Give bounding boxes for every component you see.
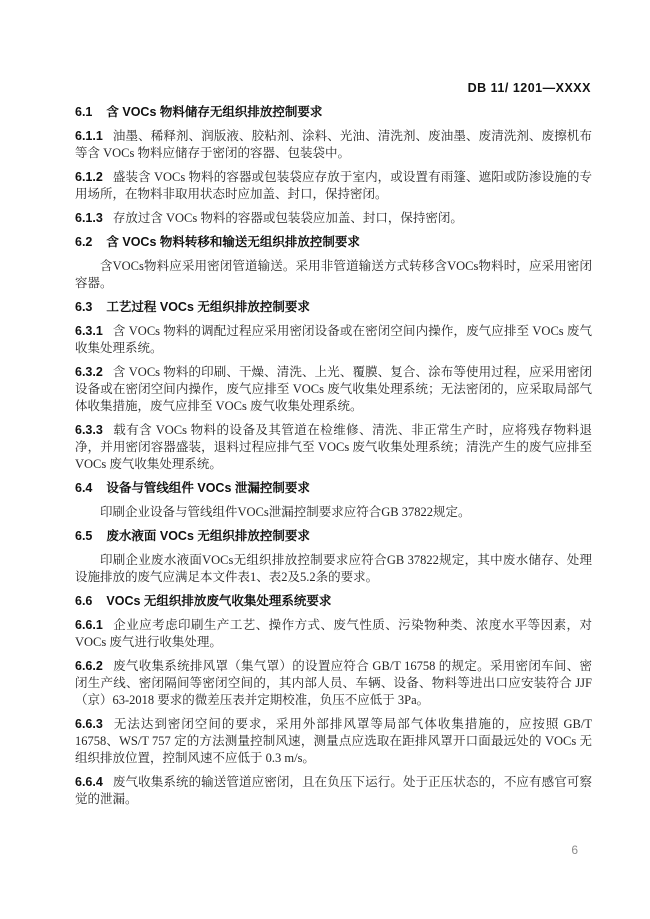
paragraph-text: 含 VOCs 物料的调配过程应采用密闭设备或在密闭空间内操作，废气应排至 VOC…	[75, 324, 592, 355]
section-heading-text: 废水液面 VOCs 无组织排放控制要求	[106, 529, 310, 543]
clause-paragraph: 6.6.3无法达到密闭空间的要求，采用外部排风罩等局部气体收集措施的，应按照 G…	[75, 716, 592, 767]
paragraph-text: 盛装含 VOCs 物料的容器或包装袋应存放于室内，或设置有雨篷、遮阳或防渗设施的…	[75, 170, 592, 201]
clause-number: 6.6.2	[75, 659, 103, 673]
clause-number: 6.1.2	[75, 170, 103, 184]
section-number: 6.5	[75, 529, 92, 543]
section-heading-text: 含 VOCs 物料储存无组织排放控制要求	[106, 105, 322, 119]
body-paragraph: 印刷企业设备与管线组件VOCs泄漏控制要求应符合GB 37822规定。	[75, 504, 592, 521]
section-heading-text: 含 VOCs 物料转移和输送无组织排放控制要求	[106, 235, 360, 249]
clause-paragraph: 6.3.3载有含 VOCs 物料的设备及其管道在检维修、清洗、非正常生产时，应将…	[75, 422, 592, 473]
clause-paragraph: 6.6.1企业应考虑印刷生产工艺、操作方式、废气性质、污染物种类、浓度水平等因素…	[75, 617, 592, 651]
section-number: 6.1	[75, 105, 92, 119]
clause-number: 6.6.4	[75, 775, 103, 789]
clause-paragraph: 6.1.1油墨、稀释剂、润版液、胶粘剂、涂料、光油、清洗剂、废油墨、废清洗剂、废…	[75, 128, 592, 162]
section-heading: 6.1含 VOCs 物料储存无组织排放控制要求	[75, 104, 592, 121]
body-paragraph: 印刷企业废水液面VOCs无组织排放控制要求应符合GB 37822规定，其中废水储…	[75, 552, 592, 586]
paragraph-text: 印刷企业废水液面VOCs无组织排放控制要求应符合GB 37822规定，其中废水储…	[75, 552, 592, 586]
clause-number: 6.1.3	[75, 211, 103, 225]
clause-paragraph: 6.6.2废气收集系统排风罩（集气罩）的设置应符合 GB/T 16758 的规定…	[75, 658, 592, 709]
section-heading-text: VOCs 无组织排放废气收集处理系统要求	[106, 594, 331, 608]
clause-number: 6.3.2	[75, 365, 103, 379]
paragraph-text: 载有含 VOCs 物料的设备及其管道在检维修、清洗、非正常生产时，应将残存物料退…	[75, 423, 592, 471]
paragraph-text: 企业应考虑印刷生产工艺、操作方式、废气性质、污染物种类、浓度水平等因素，对 VO…	[75, 618, 592, 649]
section-heading: 6.2含 VOCs 物料转移和输送无组织排放控制要求	[75, 234, 592, 251]
section-number: 6.4	[75, 481, 92, 495]
document-page: DB 11/ 1201—XXXX 6.1含 VOCs 物料储存无组织排放控制要求…	[0, 0, 650, 919]
paragraph-text: 存放过含 VOCs 物料的容器或包装袋应加盖、封口，保持密闭。	[113, 211, 463, 225]
section-heading-text: 设备与管线组件 VOCs 泄漏控制要求	[106, 481, 310, 495]
standard-number: DB 11/ 1201—XXXX	[468, 81, 591, 95]
page-number: 6	[571, 843, 578, 857]
clause-number: 6.3.1	[75, 324, 103, 338]
section-heading: 6.4设备与管线组件 VOCs 泄漏控制要求	[75, 480, 592, 497]
document-header: DB 11/ 1201—XXXX	[468, 81, 591, 95]
document-content: 6.1含 VOCs 物料储存无组织排放控制要求6.1.1油墨、稀释剂、润版液、胶…	[75, 104, 592, 815]
page-footer: 6	[571, 843, 578, 857]
paragraph-text: 含VOCs物料应采用密闭管道输送。采用非管道输送方式转移含VOCs物料时，应采用…	[75, 258, 592, 292]
section-number: 6.3	[75, 300, 92, 314]
section-number: 6.2	[75, 235, 92, 249]
clause-paragraph: 6.3.2含 VOCs 物料的印刷、干燥、清洗、上光、覆膜、复合、涂布等使用过程…	[75, 364, 592, 415]
section-heading-text: 工艺过程 VOCs 无组织排放控制要求	[106, 300, 310, 314]
clause-number: 6.1.1	[75, 129, 103, 143]
paragraph-text: 含 VOCs 物料的印刷、干燥、清洗、上光、覆膜、复合、涂布等使用过程，应采用密…	[75, 365, 592, 413]
body-paragraph: 含VOCs物料应采用密闭管道输送。采用非管道输送方式转移含VOCs物料时，应采用…	[75, 258, 592, 292]
clause-paragraph: 6.1.3存放过含 VOCs 物料的容器或包装袋应加盖、封口，保持密闭。	[75, 210, 592, 227]
clause-number: 6.6.3	[75, 717, 103, 731]
section-number: 6.6	[75, 594, 92, 608]
paragraph-text: 油墨、稀释剂、润版液、胶粘剂、涂料、光油、清洗剂、废油墨、废清洗剂、废擦机布等含…	[75, 129, 592, 160]
paragraph-text: 废气收集系统的输送管道应密闭，且在负压下运行。处于正压状态的，不应有感官可察觉的…	[75, 775, 592, 806]
paragraph-text: 印刷企业设备与管线组件VOCs泄漏控制要求应符合GB 37822规定。	[75, 504, 592, 521]
clause-paragraph: 6.1.2盛装含 VOCs 物料的容器或包装袋应存放于室内，或设置有雨篷、遮阳或…	[75, 169, 592, 203]
clause-number: 6.6.1	[75, 618, 103, 632]
section-heading: 6.5废水液面 VOCs 无组织排放控制要求	[75, 528, 592, 545]
section-heading: 6.3工艺过程 VOCs 无组织排放控制要求	[75, 299, 592, 316]
clause-number: 6.3.3	[75, 423, 103, 437]
paragraph-text: 废气收集系统排风罩（集气罩）的设置应符合 GB/T 16758 的规定。采用密闭…	[75, 659, 592, 707]
clause-paragraph: 6.6.4废气收集系统的输送管道应密闭，且在负压下运行。处于正压状态的，不应有感…	[75, 774, 592, 808]
clause-paragraph: 6.3.1含 VOCs 物料的调配过程应采用密闭设备或在密闭空间内操作，废气应排…	[75, 323, 592, 357]
section-heading: 6.6VOCs 无组织排放废气收集处理系统要求	[75, 593, 592, 610]
paragraph-text: 无法达到密闭空间的要求，采用外部排风罩等局部气体收集措施的，应按照 GB/T 1…	[75, 717, 592, 765]
